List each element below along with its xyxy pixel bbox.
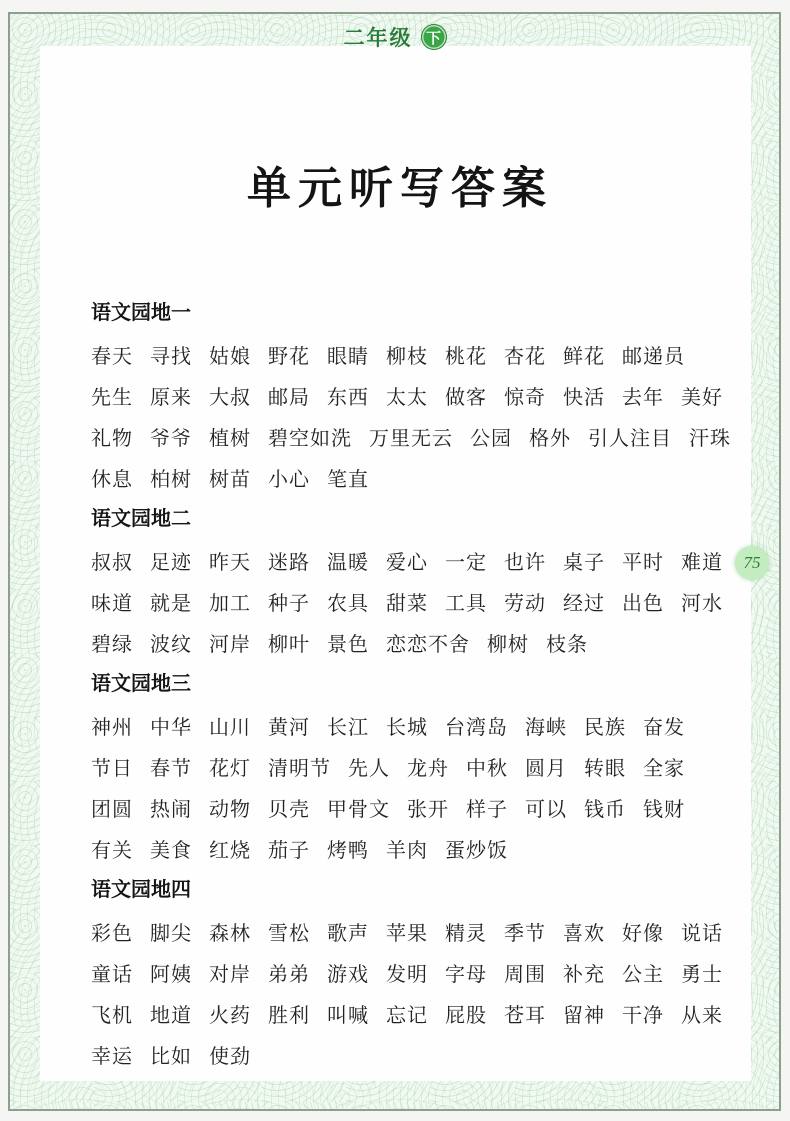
word: 甲骨文 — [327, 793, 390, 822]
page-content-area: 单元听写答案 语文园地一春天寻找姑娘野花眼睛柳枝桃花杏花鲜花邮递员先生原来大叔邮… — [40, 46, 751, 1081]
word: 味道 — [91, 587, 133, 616]
word: 贝壳 — [268, 793, 310, 822]
word: 足迹 — [150, 546, 192, 575]
page-header: 二年级 下 — [0, 22, 790, 52]
word: 出色 — [622, 587, 664, 616]
word: 汗珠 — [689, 422, 731, 451]
word-row: 春天寻找姑娘野花眼睛柳枝桃花杏花鲜花邮递员 — [91, 334, 709, 375]
word: 钱币 — [584, 793, 626, 822]
word: 游戏 — [327, 958, 369, 987]
word: 补充 — [563, 958, 605, 987]
word: 童话 — [91, 958, 133, 987]
word: 姑娘 — [209, 340, 251, 369]
word: 叔叔 — [91, 546, 133, 575]
word: 美食 — [150, 834, 192, 863]
word: 先人 — [348, 752, 390, 781]
section-heading: 语文园地三 — [91, 663, 709, 705]
word: 柳枝 — [386, 340, 428, 369]
word: 忘记 — [386, 999, 428, 1028]
word: 树苗 — [209, 463, 251, 492]
word: 发明 — [386, 958, 428, 987]
word: 雪松 — [268, 917, 310, 946]
word: 周围 — [504, 958, 546, 987]
word: 苹果 — [386, 917, 428, 946]
word-row: 飞机地道火药胜利叫喊忘记屁股苍耳留神干净从来 — [91, 993, 709, 1034]
word: 春天 — [91, 340, 133, 369]
sections: 语文园地一春天寻找姑娘野花眼睛柳枝桃花杏花鲜花邮递员先生原来大叔邮局东西太太做客… — [91, 292, 709, 1075]
word: 中华 — [150, 711, 192, 740]
word: 休息 — [91, 463, 133, 492]
word: 苍耳 — [504, 999, 546, 1028]
word: 景色 — [327, 628, 369, 657]
word: 歌声 — [327, 917, 369, 946]
word: 小心 — [268, 463, 310, 492]
word: 迷路 — [268, 546, 310, 575]
word: 眼睛 — [327, 340, 369, 369]
word: 太太 — [386, 381, 428, 410]
word: 河水 — [681, 587, 723, 616]
word: 引人注目 — [588, 422, 672, 451]
word: 工具 — [445, 587, 487, 616]
word-row: 神州中华山川黄河长江长城台湾岛海峡民族奋发 — [91, 705, 709, 746]
book-page: 二年级 下 单元听写答案 语文园地一春天寻找姑娘野花眼睛柳枝桃花杏花鲜花邮递员先… — [0, 0, 790, 1121]
word: 样子 — [466, 793, 508, 822]
word: 勇士 — [681, 958, 723, 987]
word: 转眼 — [584, 752, 626, 781]
word: 美好 — [681, 381, 723, 410]
word: 甜菜 — [386, 587, 428, 616]
word: 就是 — [150, 587, 192, 616]
word: 奋发 — [643, 711, 685, 740]
word: 黄河 — [268, 711, 310, 740]
word-row: 味道就是加工种子农具甜菜工具劳动经过出色河水 — [91, 581, 709, 622]
word: 彩色 — [91, 917, 133, 946]
word: 农具 — [327, 587, 369, 616]
word: 全家 — [643, 752, 685, 781]
word: 惊奇 — [504, 381, 546, 410]
word: 台湾岛 — [445, 711, 508, 740]
word-row: 幸运比如使劲 — [91, 1034, 709, 1075]
volume-seal-icon: 下 — [421, 24, 447, 50]
grade-label: 二年级 — [344, 22, 413, 52]
section: 语文园地一春天寻找姑娘野花眼睛柳枝桃花杏花鲜花邮递员先生原来大叔邮局东西太太做客… — [91, 292, 709, 498]
word-row: 有关美食红烧茄子烤鸭羊肉蛋炒饭 — [91, 828, 709, 869]
word: 动物 — [209, 793, 251, 822]
word-row: 童话阿姨对岸弟弟游戏发明字母周围补充公主勇士 — [91, 952, 709, 993]
word: 加工 — [209, 587, 251, 616]
word: 平时 — [622, 546, 664, 575]
word-row: 彩色脚尖森林雪松歌声苹果精灵季节喜欢好像说话 — [91, 911, 709, 952]
word: 精灵 — [445, 917, 487, 946]
word: 柳叶 — [268, 628, 310, 657]
word: 节日 — [91, 752, 133, 781]
word: 比如 — [150, 1040, 192, 1069]
word: 经过 — [563, 587, 605, 616]
word: 笔直 — [327, 463, 369, 492]
word: 阿姨 — [150, 958, 192, 987]
word: 清明节 — [268, 752, 331, 781]
word-row: 叔叔足迹昨天迷路温暖爱心一定也许桌子平时难道 — [91, 540, 709, 581]
word: 恋恋不舍 — [386, 628, 470, 657]
word-row: 团圆热闹动物贝壳甲骨文张开样子可以钱币钱财 — [91, 787, 709, 828]
word: 植树 — [209, 422, 251, 451]
word: 弟弟 — [268, 958, 310, 987]
word: 公园 — [470, 422, 512, 451]
word: 邮局 — [268, 381, 310, 410]
word: 神州 — [91, 711, 133, 740]
word: 蛋炒饭 — [445, 834, 508, 863]
word: 圆月 — [525, 752, 567, 781]
word: 有关 — [91, 834, 133, 863]
word: 喜欢 — [563, 917, 605, 946]
word: 桌子 — [563, 546, 605, 575]
word: 从来 — [681, 999, 723, 1028]
word: 长江 — [327, 711, 369, 740]
word: 民族 — [584, 711, 626, 740]
word-row: 碧绿波纹河岸柳叶景色恋恋不舍柳树枝条 — [91, 622, 709, 663]
word: 昨天 — [209, 546, 251, 575]
word: 春节 — [150, 752, 192, 781]
word: 做客 — [445, 381, 487, 410]
word: 热闹 — [150, 793, 192, 822]
word: 枝条 — [546, 628, 588, 657]
word-row: 先生原来大叔邮局东西太太做客惊奇快活去年美好 — [91, 375, 709, 416]
word: 也许 — [504, 546, 546, 575]
word: 柏树 — [150, 463, 192, 492]
word: 花灯 — [209, 752, 251, 781]
word: 团圆 — [91, 793, 133, 822]
word: 一定 — [445, 546, 487, 575]
word: 河岸 — [209, 628, 251, 657]
word: 万里无云 — [369, 422, 453, 451]
word: 大叔 — [209, 381, 251, 410]
word: 字母 — [445, 958, 487, 987]
word: 山川 — [209, 711, 251, 740]
word: 红烧 — [209, 834, 251, 863]
word: 叫喊 — [327, 999, 369, 1028]
word: 鲜花 — [563, 340, 605, 369]
word: 碧绿 — [91, 628, 133, 657]
word: 使劲 — [209, 1040, 251, 1069]
word: 羊肉 — [386, 834, 428, 863]
word: 烤鸭 — [327, 834, 369, 863]
word: 留神 — [563, 999, 605, 1028]
word: 干净 — [622, 999, 664, 1028]
word: 爷爷 — [150, 422, 192, 451]
word: 对岸 — [209, 958, 251, 987]
word: 劳动 — [504, 587, 546, 616]
word: 温暖 — [327, 546, 369, 575]
word: 礼物 — [91, 422, 133, 451]
page-number-badge: 75 — [735, 546, 769, 580]
word: 野花 — [268, 340, 310, 369]
word: 先生 — [91, 381, 133, 410]
word: 茄子 — [268, 834, 310, 863]
section: 语文园地二叔叔足迹昨天迷路温暖爱心一定也许桌子平时难道味道就是加工种子农具甜菜工… — [91, 498, 709, 663]
word: 火药 — [209, 999, 251, 1028]
section: 语文园地四彩色脚尖森林雪松歌声苹果精灵季节喜欢好像说话童话阿姨对岸弟弟游戏发明字… — [91, 869, 709, 1075]
word: 长城 — [386, 711, 428, 740]
word: 说话 — [681, 917, 723, 946]
word: 脚尖 — [150, 917, 192, 946]
word: 种子 — [268, 587, 310, 616]
word: 去年 — [622, 381, 664, 410]
word: 季节 — [504, 917, 546, 946]
section-heading: 语文园地二 — [91, 498, 709, 540]
word: 格外 — [529, 422, 571, 451]
word: 东西 — [327, 381, 369, 410]
word: 钱财 — [643, 793, 685, 822]
word: 龙舟 — [407, 752, 449, 781]
word: 杏花 — [504, 340, 546, 369]
page-title: 单元听写答案 — [91, 46, 709, 216]
word: 屁股 — [445, 999, 487, 1028]
word: 森林 — [209, 917, 251, 946]
word: 飞机 — [91, 999, 133, 1028]
decorative-wave-border: 单元听写答案 语文园地一春天寻找姑娘野花眼睛柳枝桃花杏花鲜花邮递员先生原来大叔邮… — [8, 12, 781, 1111]
word: 胜利 — [268, 999, 310, 1028]
word: 张开 — [407, 793, 449, 822]
section-heading: 语文园地一 — [91, 292, 709, 334]
word: 地道 — [150, 999, 192, 1028]
word: 中秋 — [466, 752, 508, 781]
word: 快活 — [563, 381, 605, 410]
word: 邮递员 — [622, 340, 685, 369]
section-heading: 语文园地四 — [91, 869, 709, 911]
word-row: 节日春节花灯清明节先人龙舟中秋圆月转眼全家 — [91, 746, 709, 787]
section: 语文园地三神州中华山川黄河长江长城台湾岛海峡民族奋发节日春节花灯清明节先人龙舟中… — [91, 663, 709, 869]
word: 难道 — [681, 546, 723, 575]
word: 海峡 — [525, 711, 567, 740]
word: 爱心 — [386, 546, 428, 575]
word-row: 礼物爷爷植树碧空如洗万里无云公园格外引人注目汗珠 — [91, 416, 709, 457]
word: 柳树 — [487, 628, 529, 657]
word: 公主 — [622, 958, 664, 987]
word: 寻找 — [150, 340, 192, 369]
word: 幸运 — [91, 1040, 133, 1069]
word: 好像 — [622, 917, 664, 946]
word: 桃花 — [445, 340, 487, 369]
word: 原来 — [150, 381, 192, 410]
word: 碧空如洗 — [268, 422, 352, 451]
word-row: 休息柏树树苗小心笔直 — [91, 457, 709, 498]
word: 可以 — [525, 793, 567, 822]
word: 波纹 — [150, 628, 192, 657]
